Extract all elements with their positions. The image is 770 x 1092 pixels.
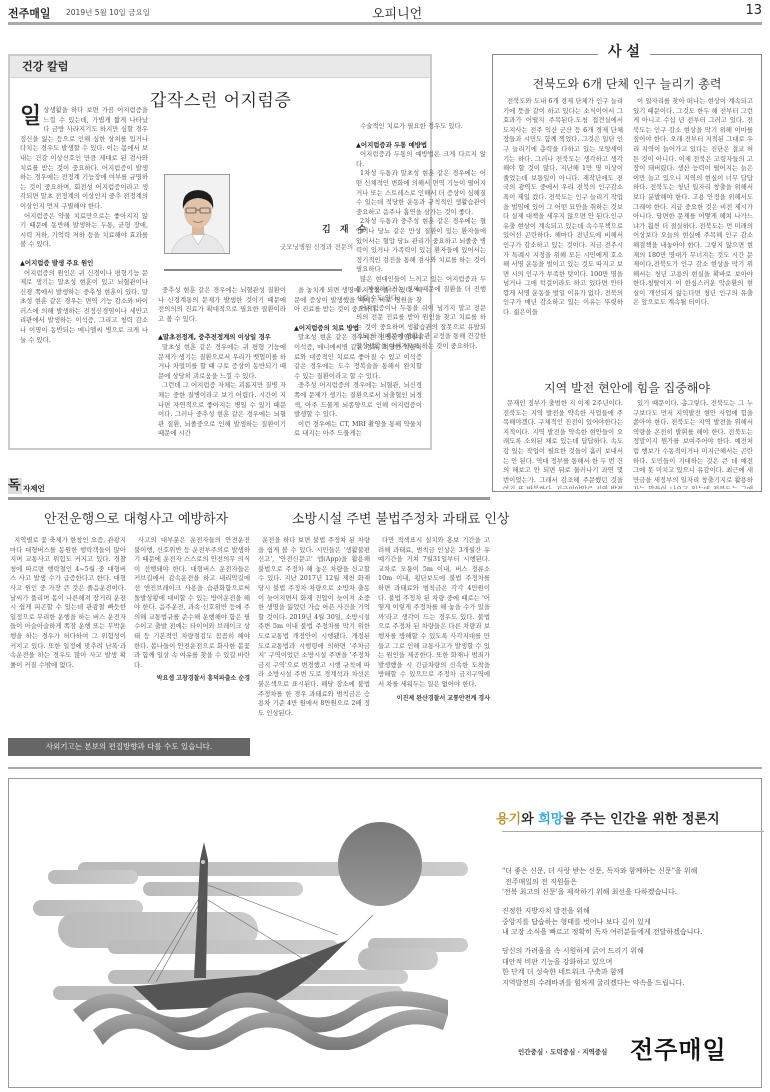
reader-article-1-title: 안전운행으로 대형사고 예방하자: [44, 508, 228, 527]
reader-section-mark: 독: [8, 478, 22, 494]
reader-article-1-byline: 박요셉 고창경찰서 흥덕파출소 순경: [134, 674, 250, 684]
editorial-title-1: 전북도와 6개 단체 인구 늘리기 총력: [493, 75, 761, 92]
section-title: 오피니언: [372, 3, 422, 22]
ad-slogan: 용기와 희망을 주는 인간을 위한 정론지: [496, 808, 720, 827]
health-col-2: 중추성 현훈 같은 경우에는 뇌혈관성 질환이나 신경계통의 문제가 발생한 것…: [158, 286, 286, 439]
ad-tagline: 인간중심 · 도덕중심 · 지역중심: [518, 1047, 607, 1056]
reader-section-label: 자제언: [23, 483, 45, 494]
reader-article-2-col-2: 다만 적색표시 설치와 홍보 기간을 고려해 과태료, 범칙금 인상은 3개월간…: [378, 536, 490, 703]
masthead: 전주매일 2019년 5월 10일 금요일 오피니언 13: [8, 0, 762, 24]
editorial-2-col-1: 문재인 정부가 출범한 지 이제 2주년이다.전북도는 지역 발전을 약속한 사…: [503, 399, 623, 489]
editorial-label: 사 설: [598, 41, 650, 61]
subheading: ▲어지럼증 발생 주요 원인: [20, 259, 148, 269]
reader-section-header: 독 자제언: [8, 478, 488, 498]
reader-article-1-col-1: 지역별로 꽃 축제가 한창인 요즘, 관광지마다 대형버스를 동원한 행락객들이…: [10, 536, 126, 736]
reader-article-2-byline: 이진제 완산경찰서 교통안전계 경사: [378, 694, 490, 704]
editorial-box: 사 설 전북도와 6개 단체 인구 늘리기 총력 전북도와 도내 6개 경제 단…: [492, 54, 762, 492]
author-portrait-icon: [165, 175, 230, 254]
ad-paragraph-3: 당신의 가려움을 속 시원하게 긁어 드리기 위해 대안적 비판 기능을 강화하…: [502, 946, 684, 988]
editorial-1-col-2: 이 일자리를 찾아 떠나는 현상이 계속되고 있기 때문이다. 그것도 한두 해…: [633, 97, 753, 308]
health-column-header: 건강 칼럼: [10, 56, 430, 78]
ad-paragraph-1: "더 좋은 신문, 더 사랑 받는 신문, 독자와 함께하는 신문"을 위해 전…: [502, 866, 697, 898]
reader-article-1-col-2: 사고의 대부분은 운전자들의 안전운전 불이행, 신호위반 등 운전부주의로 발…: [134, 536, 250, 684]
section-divider: [8, 767, 762, 769]
ad-slogan-rule: [502, 831, 764, 832]
ad-paragraph-2: 진정한 지방자치 발전을 위해 중앙지를 답습하는 형태를 벗어나 보다 깊이 …: [502, 906, 702, 938]
author-affiliation: 굿모닝병원 신경과 전문의: [280, 242, 353, 251]
subheading: ▲어지럼증과 두통 예방법: [356, 141, 486, 151]
subheading: ▲말초전정계, 중추전정계의 이상일 경우: [158, 333, 286, 343]
disclaimer-bar: 사외기고는 본보의 편집방향과 다를 수도 있습니다.: [8, 738, 250, 756]
page-number: 13: [745, 3, 762, 18]
editorial-2-col-2: 있기 때문이다. 총그렇다. 전북도는 그 누구보다도 먼저 지역발전 현안 사…: [633, 399, 753, 489]
health-col-1: 일상생활을 하다 보면 가끔 어지럼증을 느낄 수 있는데, 가볍게 짧게 나타…: [20, 106, 148, 345]
health-col-4: 수술적인 치료가 필요한 경우도 있다. ▲어지럼증과 두통 예방법 어지럼증과…: [356, 122, 486, 352]
ad-logo: 전주매일: [630, 1030, 727, 1065]
reader-article-2-col-1: 운전을 하다 보면 불법 주정차 된 차량을 쉽게 볼 수 있다. 시민들은 '…: [258, 536, 370, 756]
dropcap: 일: [20, 106, 41, 126]
health-column-title: 갑작스런 어지럼증: [150, 86, 291, 111]
pen-ship-illustration-icon: [28, 800, 488, 1050]
editorial-title-2: 지역 발전 현안에 힘을 집중해야: [493, 379, 761, 396]
issue-date: 2019년 5월 10일 금요일: [66, 7, 150, 18]
author-photo: [164, 174, 230, 254]
paper-name: 전주매일: [8, 5, 51, 21]
editorial-1-col-1: 전북도와 도내 6개 경제 단체가 인구 늘리기에 뜻을 같이 하고 있다는 소…: [503, 97, 623, 318]
reader-article-2-title: 소방시설 주변 불법주정차 과태료 인상: [292, 508, 509, 527]
author-divider: [164, 269, 342, 271]
ship-illustration: [28, 800, 488, 1054]
masthead-rule: [8, 22, 762, 25]
reader-section-rule: [8, 497, 490, 500]
